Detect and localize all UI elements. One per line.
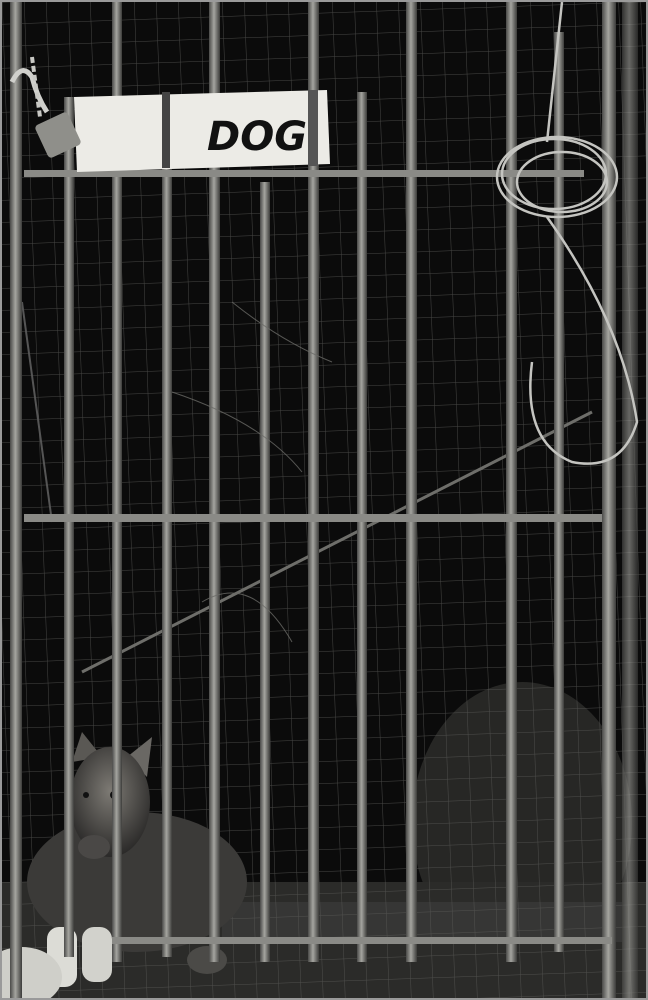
- horizontal-bar-top: [24, 170, 584, 177]
- photo-frame: DOG: [0, 0, 648, 1000]
- horizontal-bar-bottom: [112, 937, 612, 944]
- sign-text: DOG: [207, 114, 307, 160]
- cage-photograph: DOG: [2, 2, 646, 998]
- horizontal-bar-middle: [24, 514, 602, 522]
- dog-sign: DOG: [74, 90, 330, 172]
